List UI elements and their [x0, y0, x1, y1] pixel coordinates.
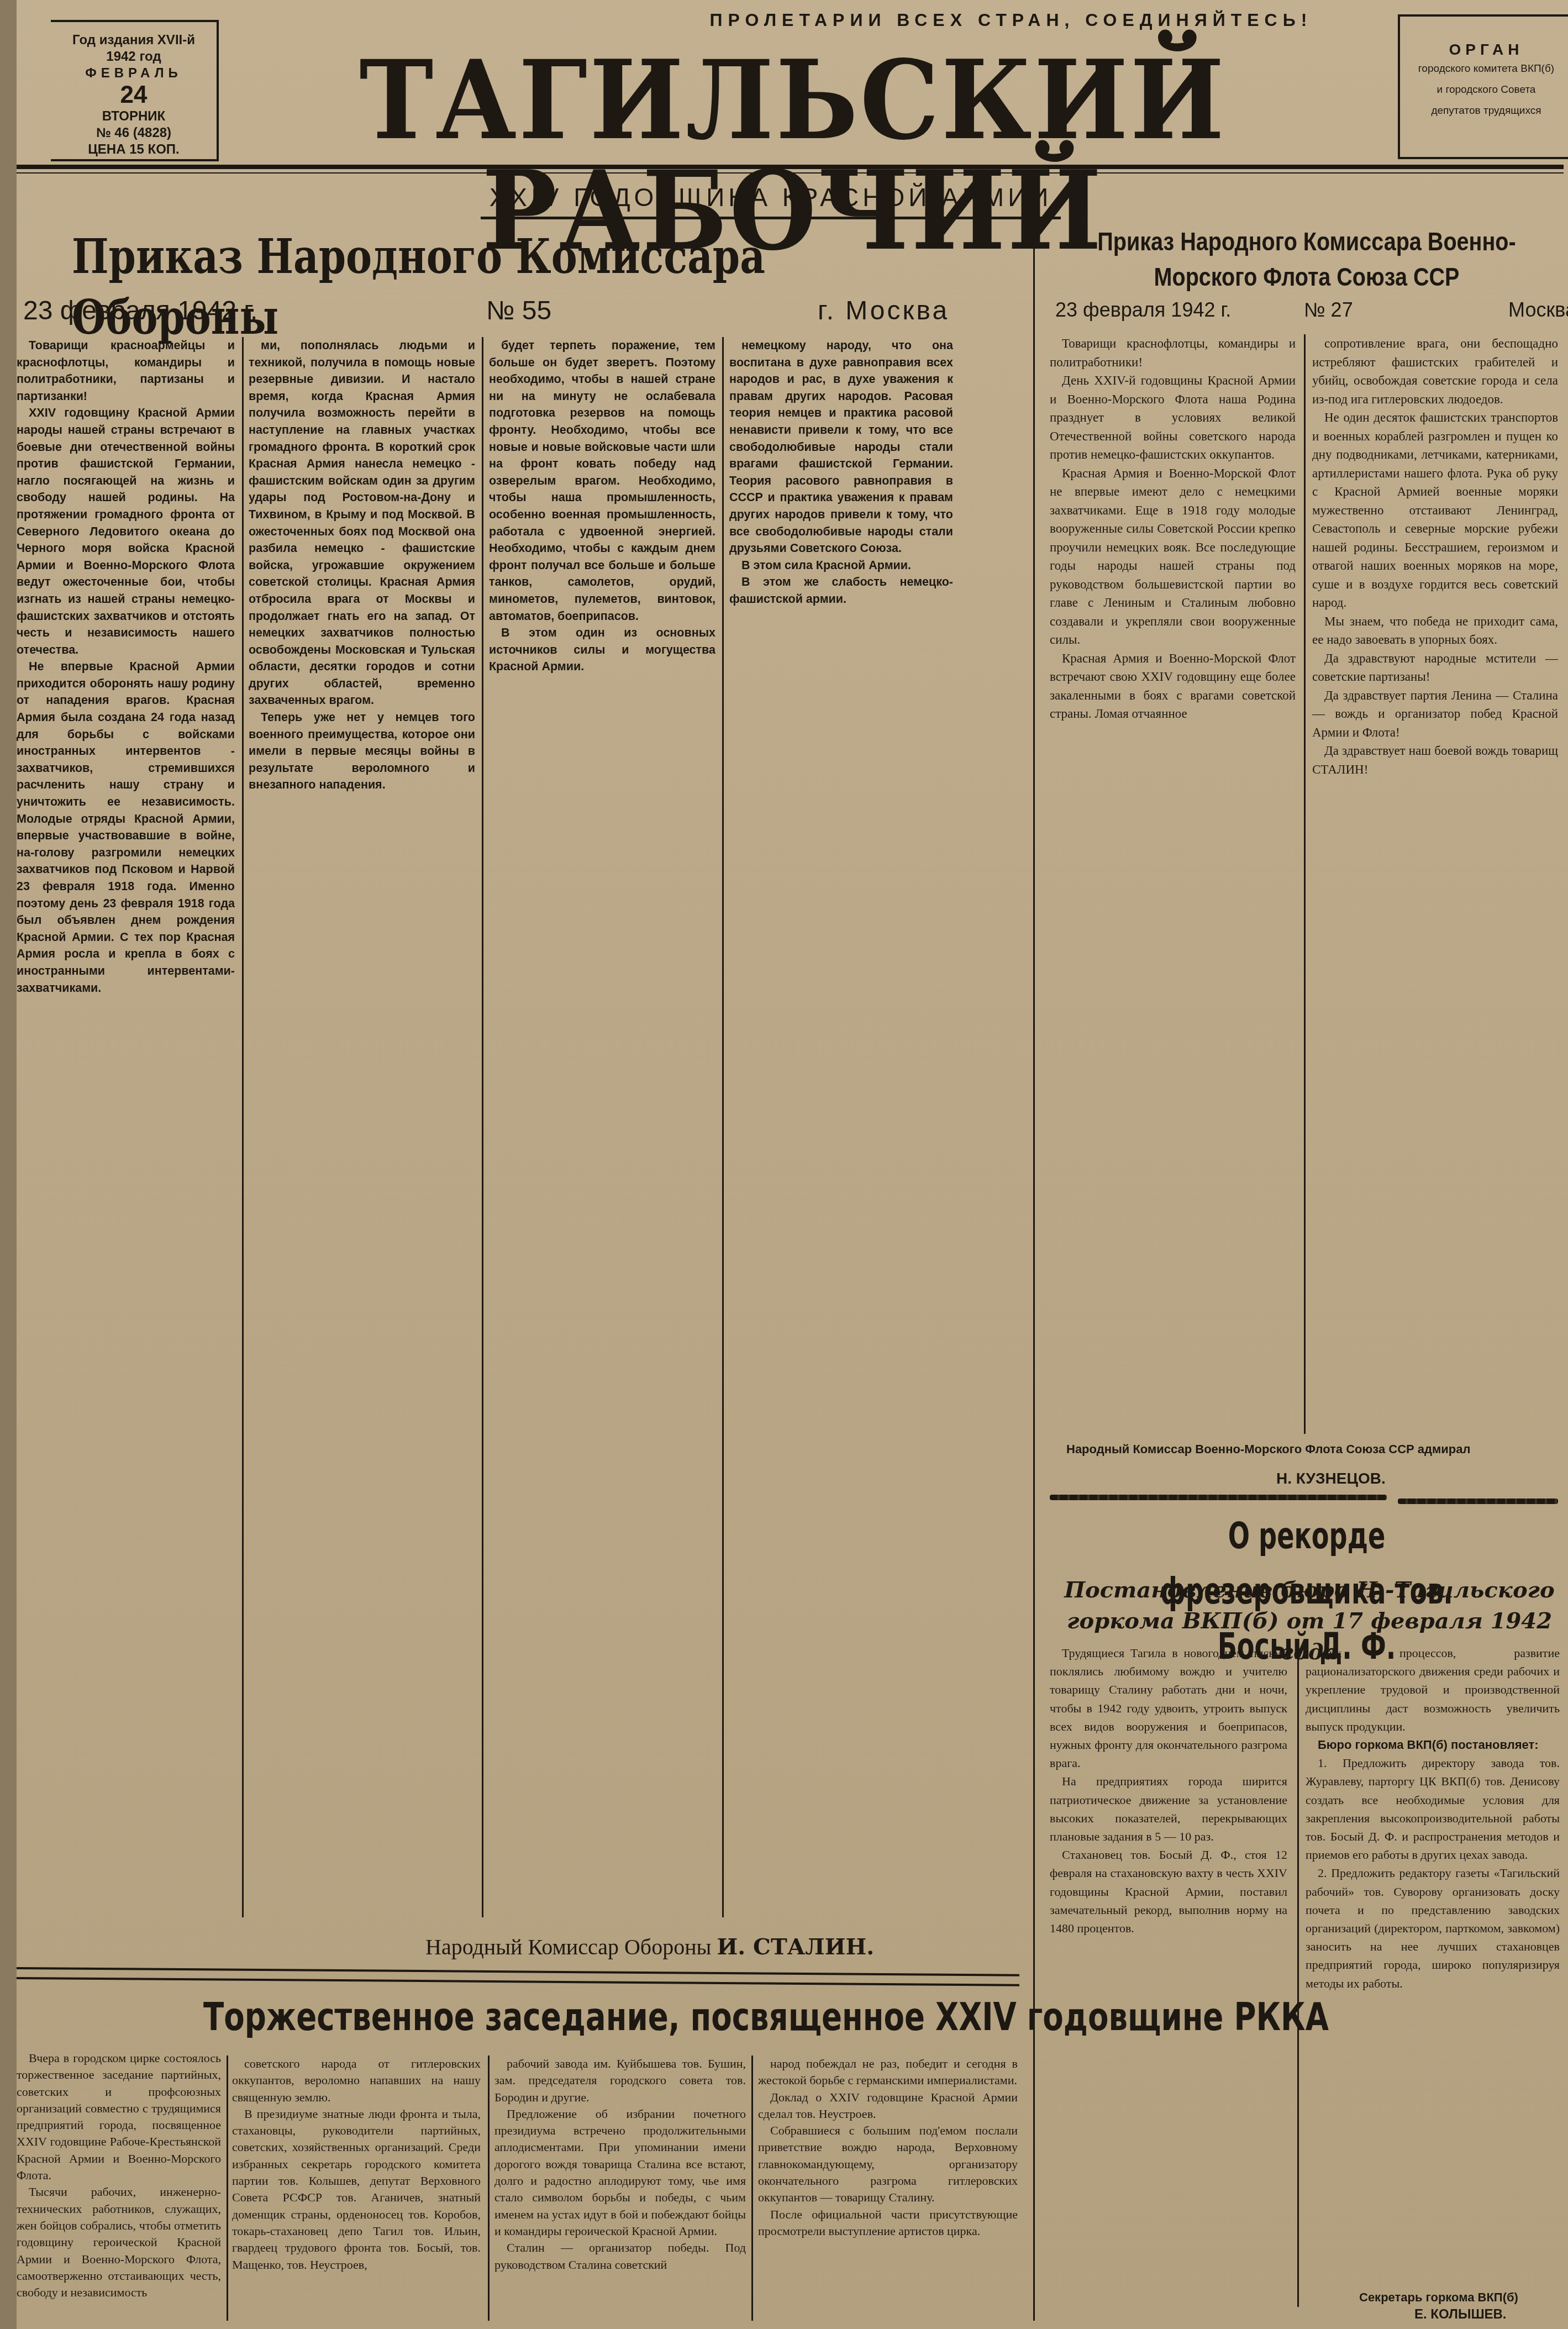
- column-divider: [751, 2055, 753, 2321]
- paragraph: Товарищи краснофлотцы, командиры и полит…: [1050, 334, 1296, 371]
- organ-line: городского комитета ВКП(б): [1400, 59, 1568, 80]
- masthead-rule: [17, 165, 1564, 169]
- year-of-publication: Год издания XVII-й: [51, 32, 217, 49]
- section-rule: [17, 1977, 1019, 1986]
- banner-underline: [481, 217, 1061, 219]
- day: 24: [51, 82, 217, 108]
- paragraph: Да здравствуют народные мстители — совет…: [1312, 649, 1558, 686]
- signature-name: И. СТАЛИН.: [717, 1934, 874, 1960]
- meeting-column-1: Вчера в городском цирке состоялось торже…: [17, 2050, 221, 2326]
- paragraph: рабочий завода им. Куйбышева тов. Бушин,…: [494, 2055, 746, 2106]
- paragraph: Мы знаем, что победа не приходит сама, е…: [1312, 612, 1558, 649]
- order-navy-column-2: сопротивление врага, они беспощадно истр…: [1312, 334, 1558, 1434]
- paragraph: Красная Армия и Военно-Морской Флот встр…: [1050, 649, 1296, 723]
- order-defense-column-4: немецкому народу, что она воспитана в ду…: [729, 337, 953, 1917]
- paragraph: ми, пополнялась людьми и техникой, получ…: [249, 337, 475, 709]
- paragraph: Предложение об избрании почетного презид…: [494, 2106, 746, 2239]
- price: ЦЕНА 15 КОП.: [51, 141, 217, 158]
- paragraph: сопротивление врага, они беспощадно истр…: [1312, 334, 1558, 408]
- decorative-rule: [1050, 1495, 1387, 1500]
- organ-line: депутатов трудящихся: [1400, 101, 1568, 122]
- column-divider: [482, 337, 483, 1917]
- order-navy-date: 23 февраля 1942 г.: [1055, 298, 1231, 322]
- resolution-heading: Бюро горкома ВКП(б) постановляет:: [1306, 1736, 1560, 1754]
- paragraph: Не один десяток фашистских транспортов и…: [1312, 408, 1558, 612]
- paragraph: Да здравствует наш боевой вождь товарищ …: [1312, 742, 1558, 779]
- order-defense-number: № 55: [486, 296, 551, 326]
- order-defense-place: г. Москва: [818, 296, 949, 326]
- record-column-2: ских процессов, развитие рационализаторс…: [1306, 1644, 1560, 2196]
- issue-date-box: Год издания XVII-й 1942 год ФЕВРАЛЬ 24 В…: [51, 20, 219, 161]
- record-signature-name: Е. КОЛЫШЕВ.: [1414, 2307, 1507, 2322]
- order-navy-signature-line: Народный Комиссар Военно-Морского Флота …: [1066, 1442, 1470, 1457]
- organ-box: ОРГАН городского комитета ВКП(б) и город…: [1398, 14, 1568, 159]
- column-divider: [722, 337, 724, 1917]
- order-defense-column-1: Товарищи красноармейцы и краснофлотцы, к…: [17, 337, 235, 1917]
- column-divider: [1304, 334, 1306, 1434]
- paragraph: В этом один из основных источников силы …: [489, 624, 715, 675]
- decorative-rule: [1398, 1499, 1558, 1504]
- paragraph: Трудящиеся Тагила в новогоднем письме по…: [1050, 1644, 1287, 1772]
- paragraph: В президиуме знатные люди фронта и тыла,…: [232, 2106, 481, 2273]
- column-divider: [1297, 1644, 1299, 2307]
- paragraph: Красная Армия и Военно-Морской Флот не в…: [1050, 464, 1296, 649]
- order-defense-signature: Народный Комиссар Обороны И. СТАЛИН.: [425, 1934, 1033, 1960]
- paragraph: XXIV годовщину Красной Армии народы наше…: [17, 404, 235, 658]
- paragraph: Не впервые Красной Армии приходится обор…: [17, 658, 235, 996]
- paragraph: На предприятиях города ширится патриотич…: [1050, 1772, 1287, 1846]
- month: ФЕВРАЛЬ: [51, 65, 217, 82]
- paragraph: Тысячи рабочих, инженерно-технических ра…: [17, 2184, 221, 2301]
- paragraph: 2. Предложить редактору газеты «Тагильск…: [1306, 1864, 1560, 1992]
- paragraph: В этом сила Красной Армии.: [729, 557, 953, 574]
- paragraph: День XXIV-й годовщины Красной Армии и Во…: [1050, 371, 1296, 464]
- order-defense-date: 23 февраля 1942 г.: [23, 296, 257, 326]
- organ-line: и городского Совета: [1400, 80, 1568, 101]
- signature-title: Народный Комиссар Обороны: [425, 1934, 711, 1959]
- column-divider: [488, 2055, 490, 2321]
- meeting-column-3: рабочий завода им. Куйбышева тов. Бушин,…: [494, 2055, 746, 2326]
- section-rule: [17, 1967, 1019, 1976]
- masthead-rule-thin: [17, 172, 1564, 174]
- binding-spine: [0, 0, 19, 2329]
- order-defense-column-2: ми, пополнялась людьми и техникой, получ…: [249, 337, 475, 1917]
- paragraph: Да здравствует партия Ленина — Сталина —…: [1312, 686, 1558, 742]
- record-signature-line: Секретарь горкома ВКП(б): [1359, 2290, 1518, 2305]
- column-divider: [227, 2055, 228, 2321]
- paragraph: немецкому народу, что она воспитана в ду…: [729, 337, 953, 557]
- paragraph: Доклад о XXIV годовщине Красной Армии сд…: [758, 2089, 1018, 2123]
- paragraph: Собравшиеся с большим под'емом послали п…: [758, 2122, 1018, 2206]
- meeting-column-4: народ побеждал не раз, победит и сегодня…: [758, 2055, 1018, 2326]
- meeting-headline: Торжественное заседание, посвященное XXI…: [203, 1989, 1022, 2044]
- paragraph: В этом же слабость немецко-фашистской ар…: [729, 574, 953, 607]
- paragraph: Теперь уже нет у немцев того военного пр…: [249, 709, 475, 793]
- order-navy-column-1: Товарищи краснофлотцы, командиры и полит…: [1050, 334, 1296, 1434]
- paragraph: народ побеждал не раз, победит и сегодня…: [758, 2055, 1018, 2089]
- organ-heading: ОРГАН: [1400, 41, 1568, 59]
- paragraph: ских процессов, развитие рационализаторс…: [1306, 1644, 1560, 1736]
- order-navy-headline: Приказ Народного Комиссара Военно-Морско…: [1086, 224, 1528, 295]
- paragraph: Товарищи красноармейцы и краснофлотцы, к…: [17, 337, 235, 404]
- paragraph: Вчера в городском цирке состоялось торже…: [17, 2050, 221, 2184]
- paragraph: советского народа от гитлеровских оккупа…: [232, 2055, 481, 2106]
- order-defense-headline: Приказ Народного Комиссара Обороны: [72, 227, 842, 348]
- issue-number: № 46 (4828): [51, 125, 217, 141]
- paragraph: будет терпеть поражение, тем больше он б…: [489, 337, 715, 624]
- weekday: ВТОРНИК: [51, 108, 217, 125]
- motto: ПРОЛЕТАРИИ ВСЕХ СТРАН, СОЕДИНЯЙТЕСЬ!: [680, 10, 1343, 30]
- order-defense-column-3: будет терпеть поражение, тем больше он б…: [489, 337, 715, 1917]
- order-navy-place: Москва: [1508, 298, 1568, 322]
- meeting-column-2: советского народа от гитлеровских оккупа…: [232, 2055, 481, 2326]
- order-navy-signature-name: Н. КУЗНЕЦОВ.: [1276, 1470, 1386, 1487]
- newspaper-page: Год издания XVII-й 1942 год ФЕВРАЛЬ 24 В…: [17, 0, 1568, 2329]
- order-navy-number: № 27: [1304, 298, 1353, 322]
- paragraph: Сталин — организатор победы. Под руковод…: [494, 2239, 746, 2273]
- paragraph: Стахановец тов. Босый Д. Ф., стоя 12 фев…: [1050, 1846, 1287, 1937]
- paragraph: 1. Предложить директору завода тов. Жура…: [1306, 1754, 1560, 1864]
- column-divider: [242, 337, 244, 1917]
- record-column-1: Трудящиеся Тагила в новогоднем письме по…: [1050, 1644, 1287, 2323]
- anniversary-banner: XXIV ГОДОВЩИНА КРАСНОЙ АРМИИ: [481, 182, 1061, 212]
- paragraph: После официальной части присутствующие п…: [758, 2206, 1018, 2240]
- year: 1942 год: [51, 49, 217, 65]
